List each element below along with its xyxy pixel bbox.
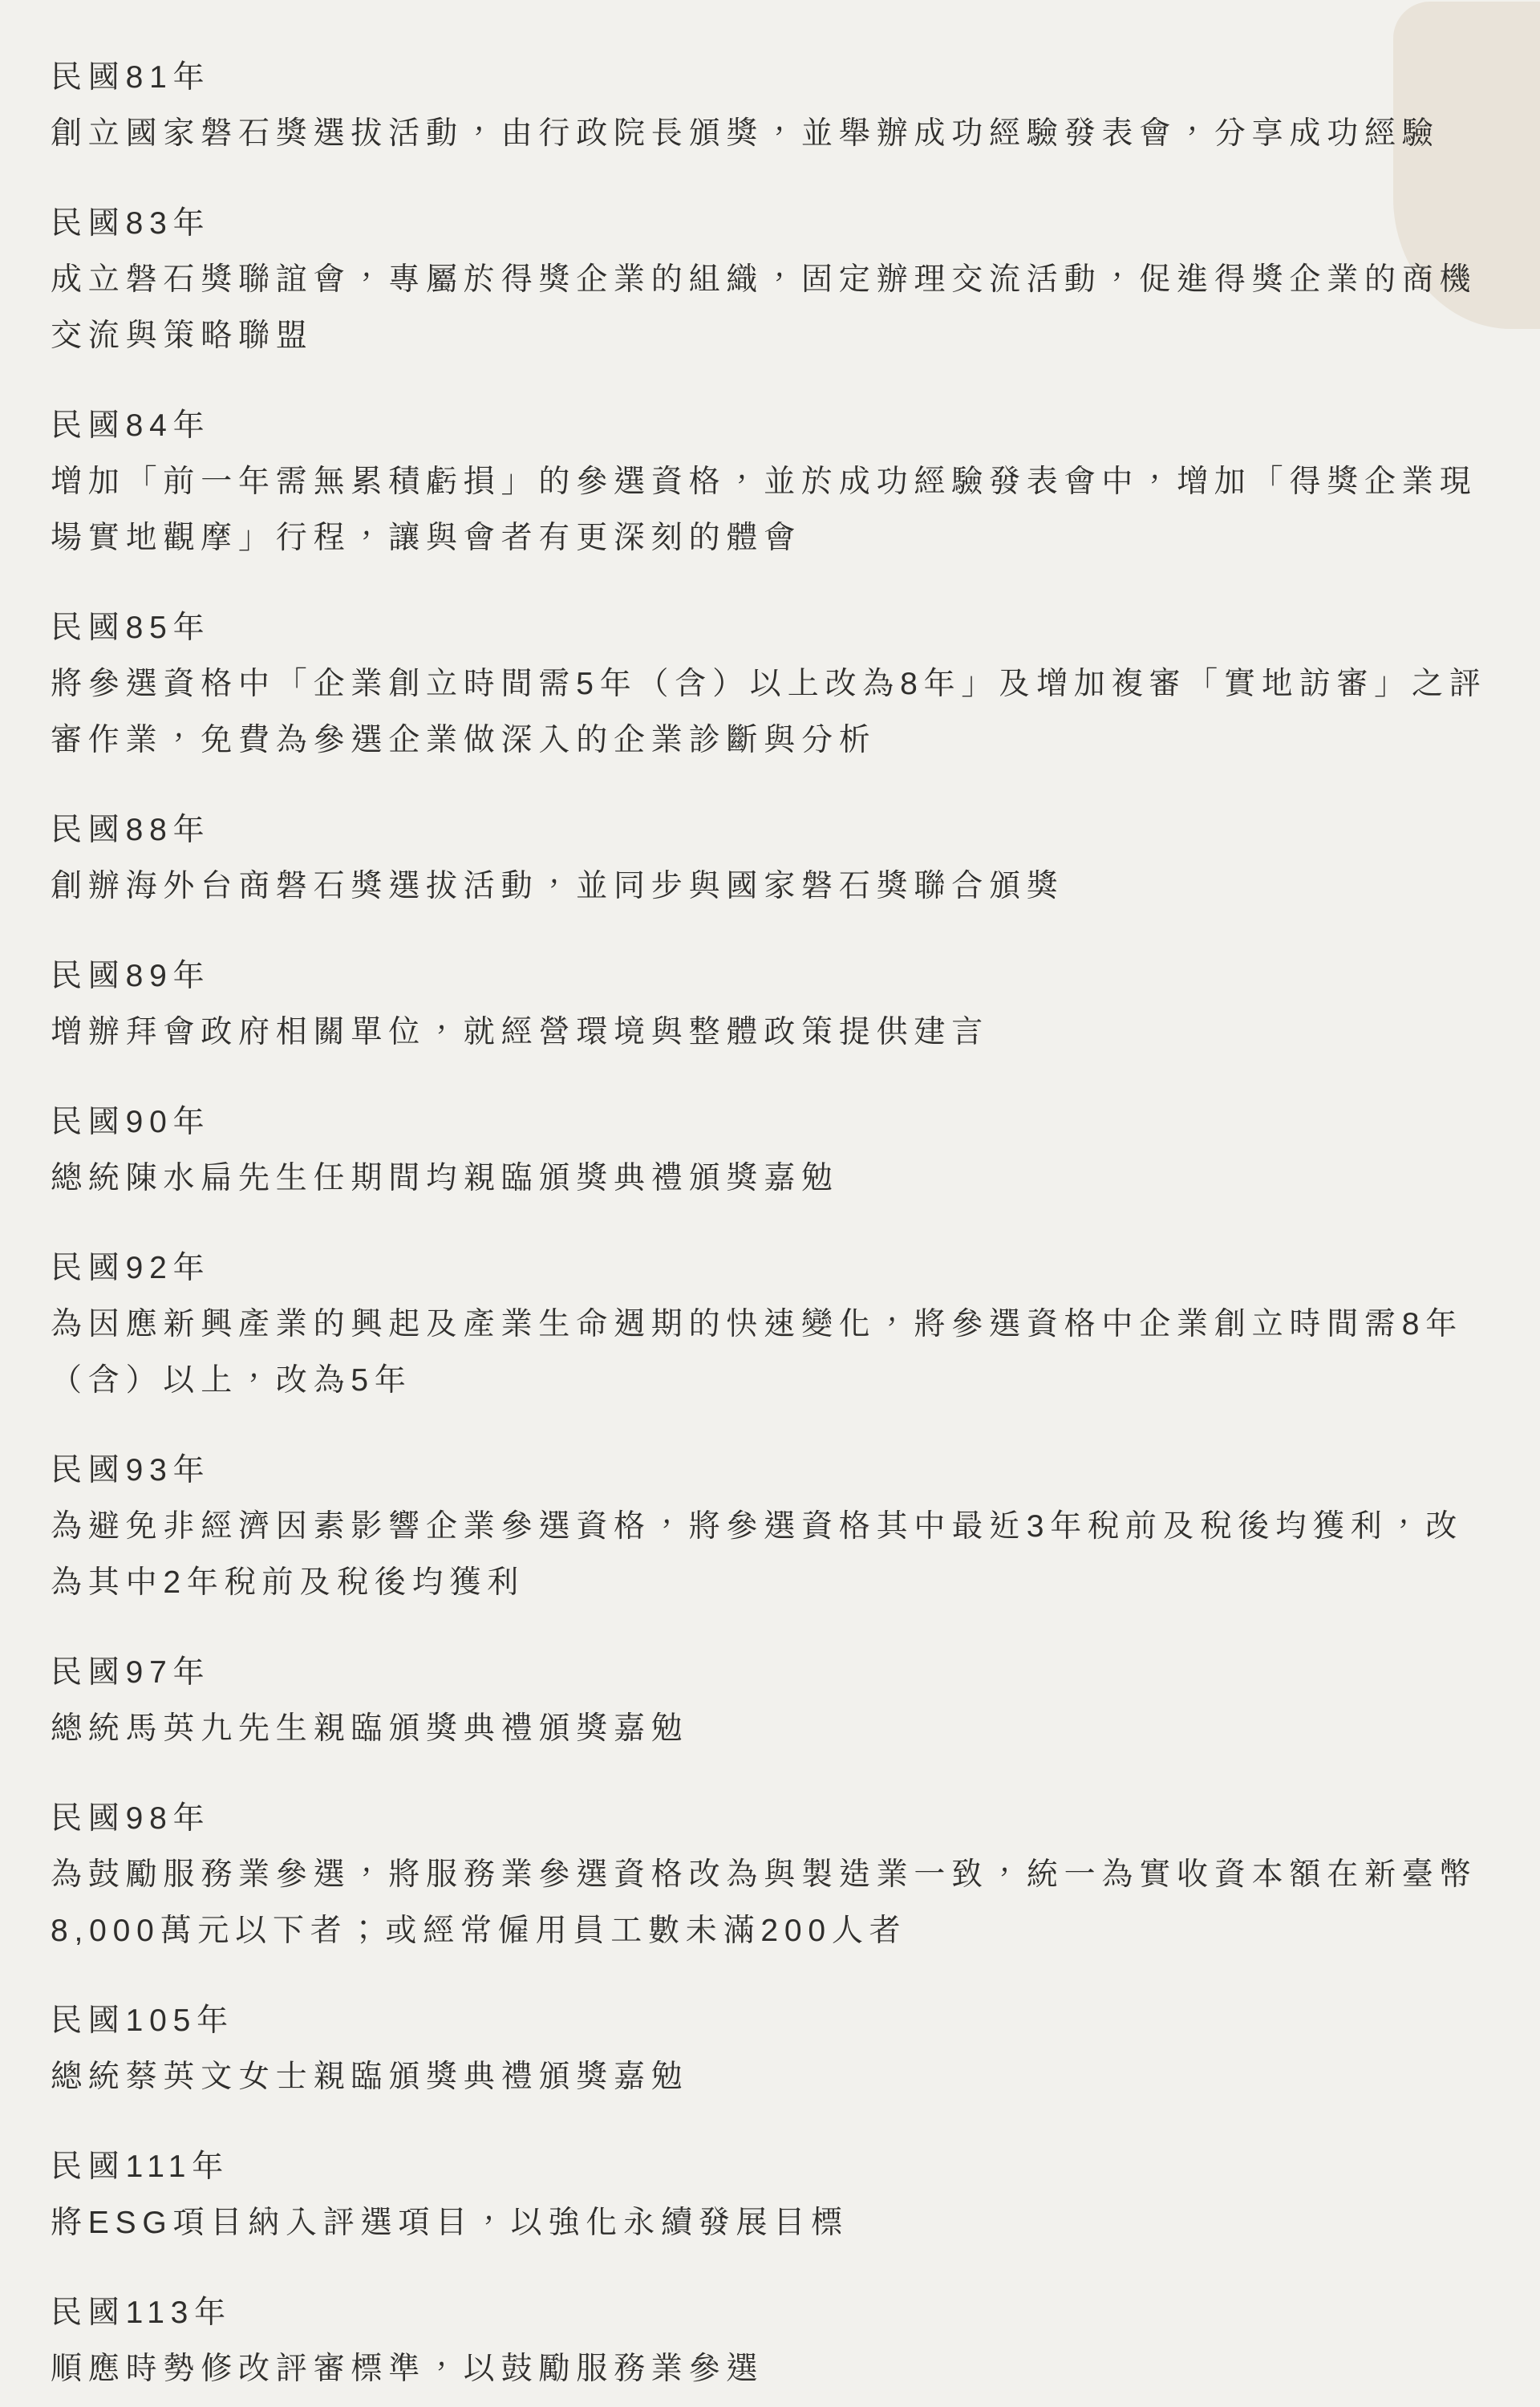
- timeline-entry: 民國111年 將ESG項目納入評選項目，以強化永續發展目標: [51, 2139, 1492, 2251]
- timeline-entry: 民國113年 順應時勢修改評審標準，以鼓勵服務業參選: [51, 2285, 1492, 2397]
- entry-year: 民國105年: [51, 1993, 1492, 2049]
- entry-year: 民國111年: [51, 2139, 1492, 2195]
- entry-year: 民國81年: [51, 50, 1492, 106]
- entry-year: 民國88年: [51, 802, 1492, 858]
- entry-year: 民國93年: [51, 1443, 1492, 1499]
- timeline-entry: 民國85年 將參選資格中「企業創立時間需5年（含）以上改為8年」及增加複審「實地…: [51, 600, 1492, 769]
- entry-year: 民國98年: [51, 1791, 1492, 1847]
- entry-description: 創辦海外台商磐石獎選拔活動，並同步與國家磐石獎聯合頒獎: [51, 858, 1492, 915]
- entry-description: 總統馬英九先生親臨頒獎典禮頒獎嘉勉: [51, 1701, 1492, 1757]
- entry-description: 將參選資格中「企業創立時間需5年（含）以上改為8年」及增加複審「實地訪審」之評審…: [51, 656, 1492, 769]
- entry-description: 增加「前一年需無累積虧損」的參選資格，並於成功經驗發表會中，增加「得獎企業現場實…: [51, 454, 1492, 566]
- timeline-entry: 民國88年 創辦海外台商磐石獎選拔活動，並同步與國家磐石獎聯合頒獎: [51, 802, 1492, 915]
- entry-description: 總統陳水扁先生任期間均親臨頒獎典禮頒獎嘉勉: [51, 1151, 1492, 1207]
- entry-description: 成立磐石獎聯誼會，專屬於得獎企業的組織，固定辦理交流活動，促進得獎企業的商機交流…: [51, 252, 1492, 364]
- timeline-entry: 民國97年 總統馬英九先生親臨頒獎典禮頒獎嘉勉: [51, 1645, 1492, 1757]
- entry-description: 增辦拜會政府相關單位，就經營環境與整體政策提供建言: [51, 1005, 1492, 1061]
- entry-year: 民國84年: [51, 398, 1492, 454]
- entry-year: 民國83年: [51, 196, 1492, 252]
- entry-year: 民國92年: [51, 1240, 1492, 1297]
- timeline-entry: 民國83年 成立磐石獎聯誼會，專屬於得獎企業的組織，固定辦理交流活動，促進得獎企…: [51, 196, 1492, 364]
- entry-description: 為因應新興產業的興起及產業生命週期的快速變化，將參選資格中企業創立時間需8年（含…: [51, 1297, 1492, 1409]
- timeline-entry: 民國89年 增辦拜會政府相關單位，就經營環境與整體政策提供建言: [51, 948, 1492, 1061]
- entry-description: 總統蔡英文女士親臨頒獎典禮頒獎嘉勉: [51, 2049, 1492, 2105]
- entry-year: 民國89年: [51, 948, 1492, 1005]
- timeline-entry: 民國105年 總統蔡英文女士親臨頒獎典禮頒獎嘉勉: [51, 1993, 1492, 2105]
- timeline-entry: 民國92年 為因應新興產業的興起及產業生命週期的快速變化，將參選資格中企業創立時…: [51, 1240, 1492, 1409]
- timeline-entry: 民國90年 總統陳水扁先生任期間均親臨頒獎典禮頒獎嘉勉: [51, 1094, 1492, 1207]
- entry-description: 順應時勢修改評審標準，以鼓勵服務業參選: [51, 2341, 1492, 2397]
- timeline-entry: 民國98年 為鼓勵服務業參選，將服務業參選資格改為與製造業一致，統一為實收資本額…: [51, 1791, 1492, 1959]
- timeline-entry: 民國93年 為避免非經濟因素影響企業參選資格，將參選資格其中最近3年稅前及稅後均…: [51, 1443, 1492, 1611]
- timeline: 民國81年 創立國家磐石獎選拔活動，由行政院長頒獎，並舉辦成功經驗發表會，分享成…: [0, 0, 1540, 2397]
- entry-year: 民國97年: [51, 1645, 1492, 1701]
- entry-year: 民國90年: [51, 1094, 1492, 1151]
- timeline-entry: 民國84年 增加「前一年需無累積虧損」的參選資格，並於成功經驗發表會中，增加「得…: [51, 398, 1492, 566]
- entry-description: 為避免非經濟因素影響企業參選資格，將參選資格其中最近3年稅前及稅後均獲利，改為其…: [51, 1499, 1492, 1611]
- timeline-entry: 民國81年 創立國家磐石獎選拔活動，由行政院長頒獎，並舉辦成功經驗發表會，分享成…: [51, 50, 1492, 162]
- entry-description: 創立國家磐石獎選拔活動，由行政院長頒獎，並舉辦成功經驗發表會，分享成功經驗: [51, 106, 1492, 162]
- entry-description: 將ESG項目納入評選項目，以強化永續發展目標: [51, 2195, 1492, 2251]
- entry-year: 民國113年: [51, 2285, 1492, 2341]
- entry-year: 民國85年: [51, 600, 1492, 656]
- entry-description: 為鼓勵服務業參選，將服務業參選資格改為與製造業一致，統一為實收資本額在新臺幣8,…: [51, 1847, 1492, 1959]
